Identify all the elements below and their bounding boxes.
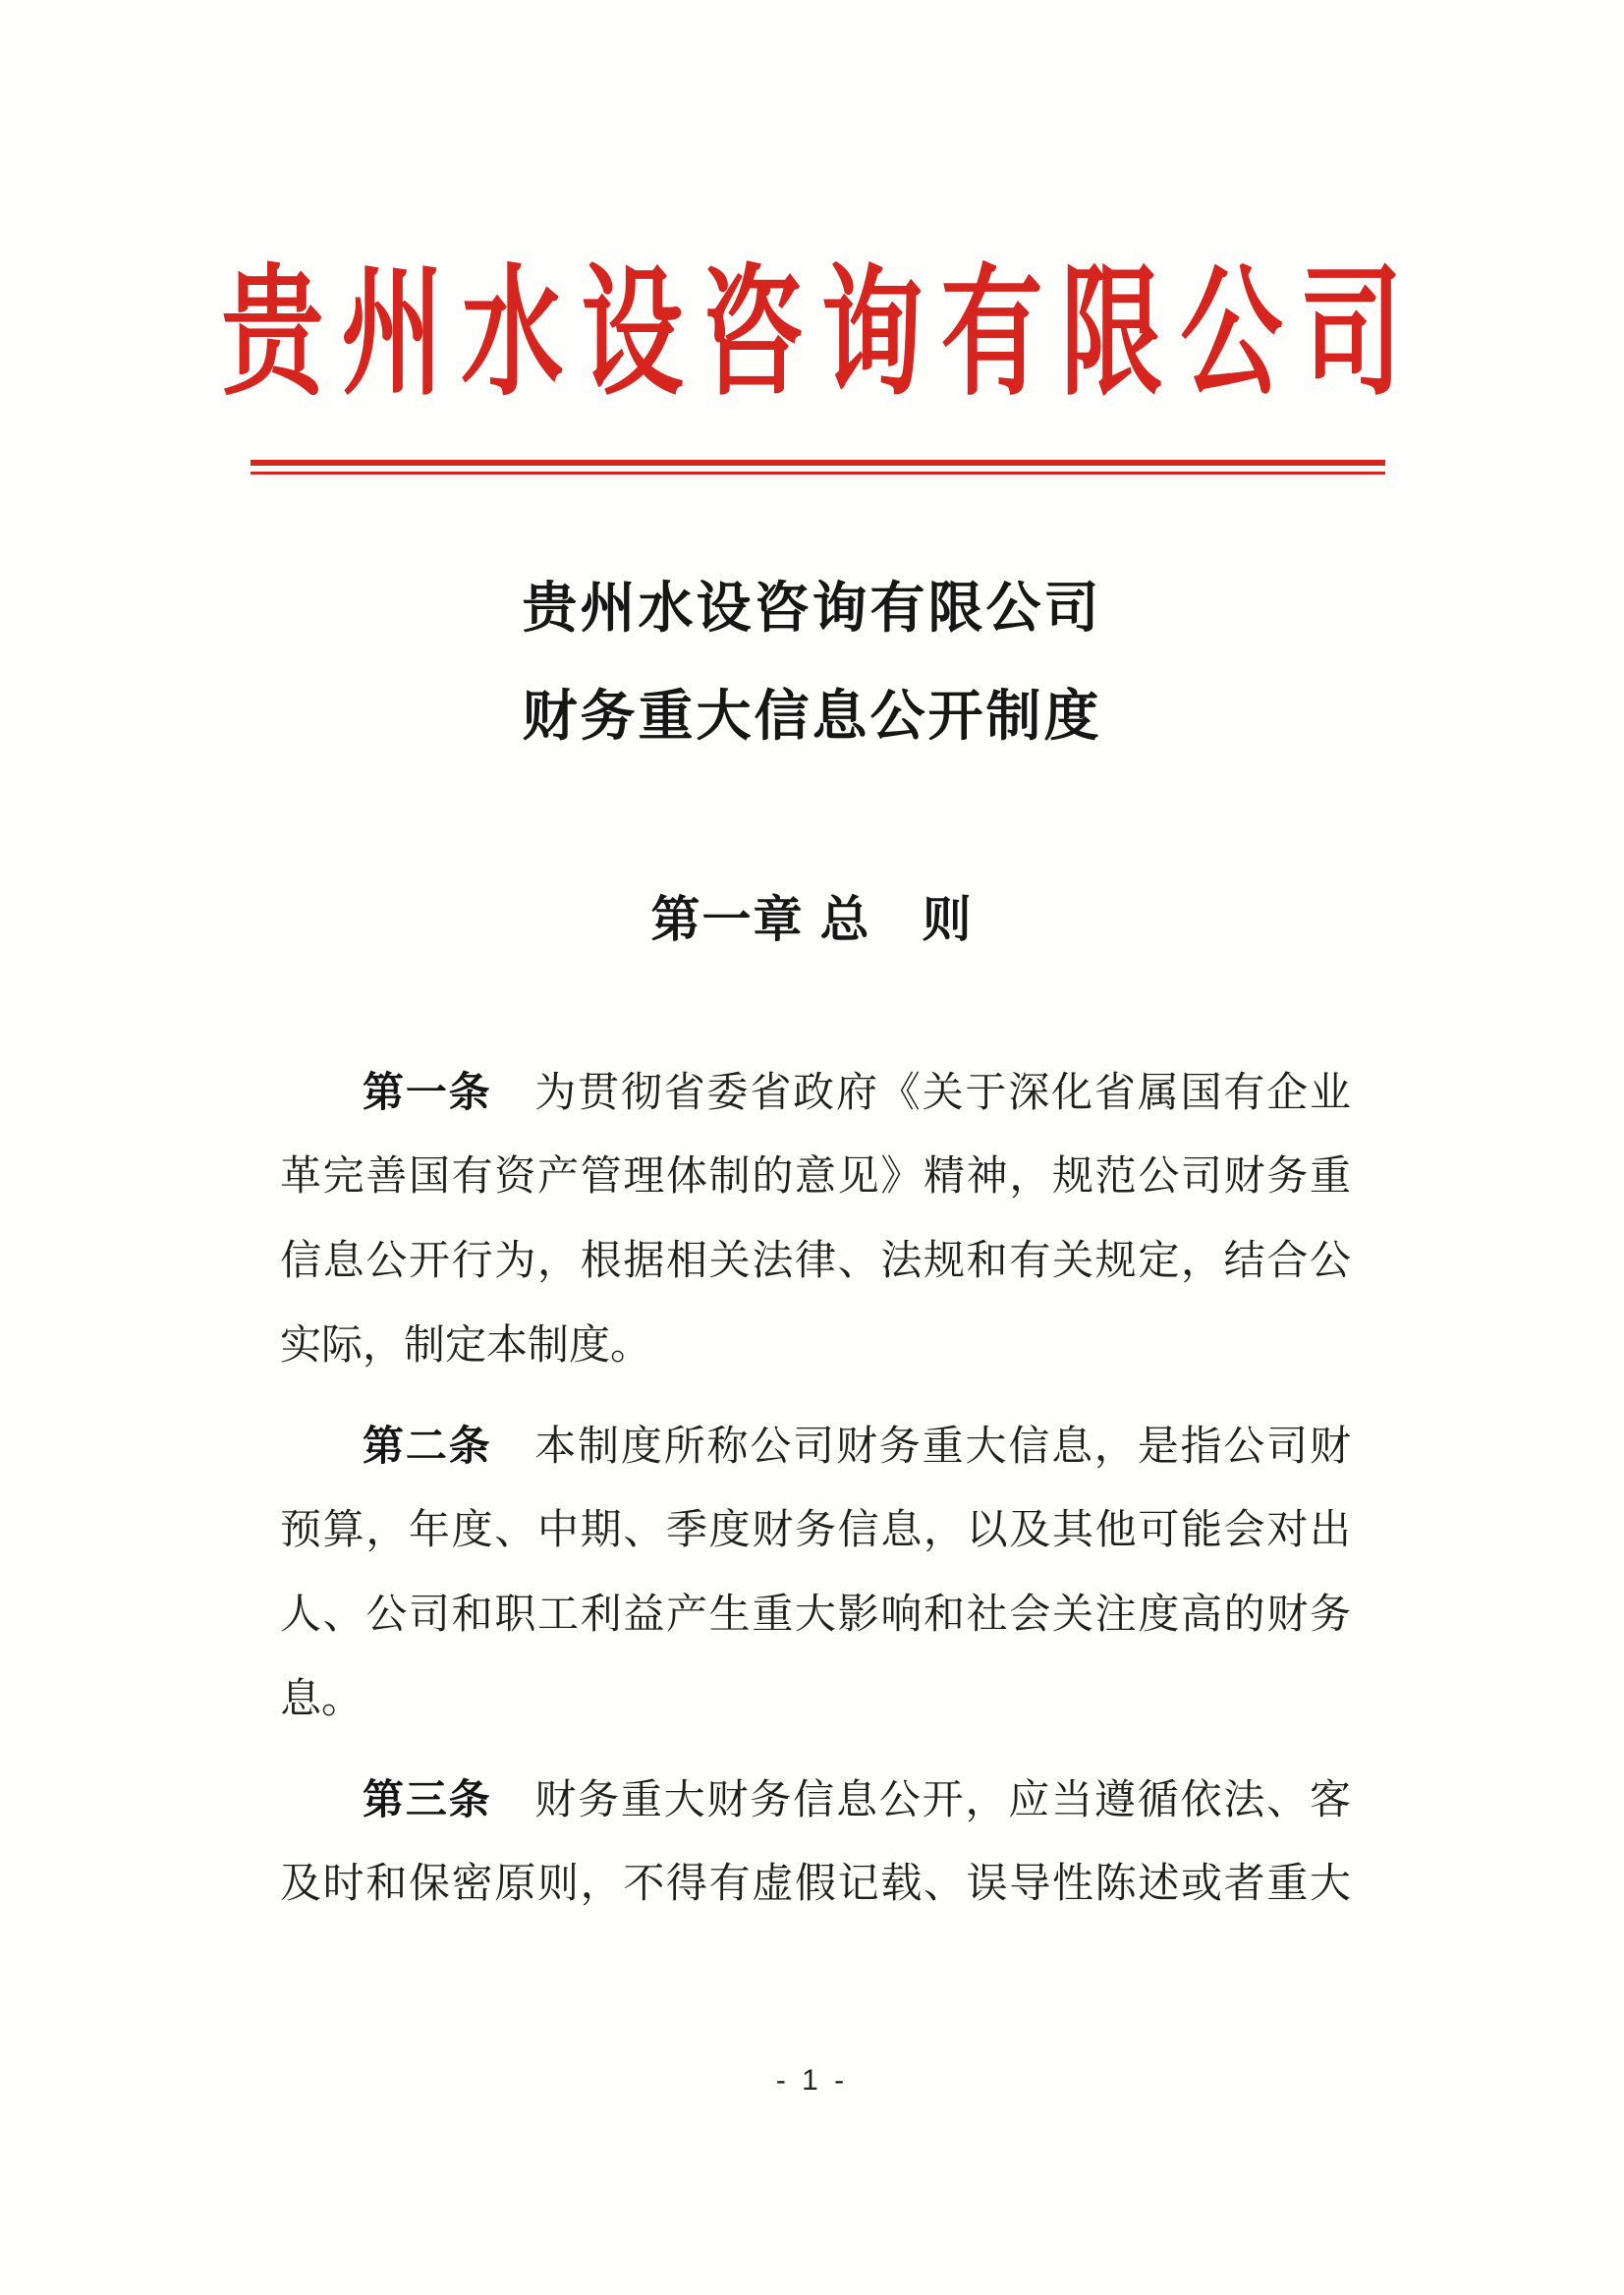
body-line: 革完善国有资产管理体制的意见》精神，规范公司财务重大: [280, 1135, 1351, 1219]
document-title-line2: 财务重大信息公开制度: [0, 686, 1624, 747]
article-paragraph: 第三条财务重大财务信息公开，应当遵循依法、客观、及时和保密原则，不得有虚假记载、…: [280, 1758, 1351, 1927]
body-line: 及时和保密原则，不得有虚假记载、误导性陈述或者重大遗: [280, 1842, 1351, 1927]
body-line: 息。: [280, 1657, 1351, 1742]
article-number: 第二条: [363, 1423, 491, 1469]
scanned-document-page: 贵州水设咨询有限公司 贵州水设咨询有限公司 财务重大信息公开制度 第一章 总 则…: [0, 0, 1624, 2295]
article-number: 第三条: [363, 1776, 491, 1822]
page-number: - 1 -: [0, 2063, 1624, 2099]
body-line: 实际，制定本制度。: [280, 1304, 1351, 1388]
article-paragraph: 第一条为贯彻省委省政府《关于深化省属国有企业改革完善国有资产管理体制的意见》精神…: [280, 1050, 1351, 1388]
chapter-heading: 第一章 总 则: [0, 892, 1624, 947]
letterhead-rule-thick: [251, 460, 1385, 466]
body-line: 第三条财务重大财务信息公开，应当遵循依法、客观、: [280, 1758, 1351, 1842]
body-line: 人、公司和职工利益产生重大影响和社会关注度高的财务信: [280, 1573, 1351, 1657]
body-line: 信息公开行为，根据相关法律、法规和有关规定，结合公司: [280, 1219, 1351, 1304]
body-line: 预算，年度、中期、季度财务信息，以及其他可能会对出资: [280, 1488, 1351, 1573]
letterhead-company-name: 贵州水设咨询有限公司: [0, 263, 1624, 405]
letterhead-rule-thin: [251, 472, 1385, 475]
body-line: 第一条为贯彻省委省政府《关于深化省属国有企业改: [280, 1050, 1351, 1135]
article-number: 第一条: [363, 1069, 491, 1115]
document-title-line1: 贵州水设咨询有限公司: [0, 578, 1624, 639]
article-paragraph: 第二条本制度所称公司财务重大信息，是指公司财务预算，年度、中期、季度财务信息，以…: [280, 1404, 1351, 1742]
articles: 第一条为贯彻省委省政府《关于深化省属国有企业改革完善国有资产管理体制的意见》精神…: [280, 1050, 1351, 1927]
body-line: 第二条本制度所称公司财务重大信息，是指公司财务: [280, 1404, 1351, 1488]
